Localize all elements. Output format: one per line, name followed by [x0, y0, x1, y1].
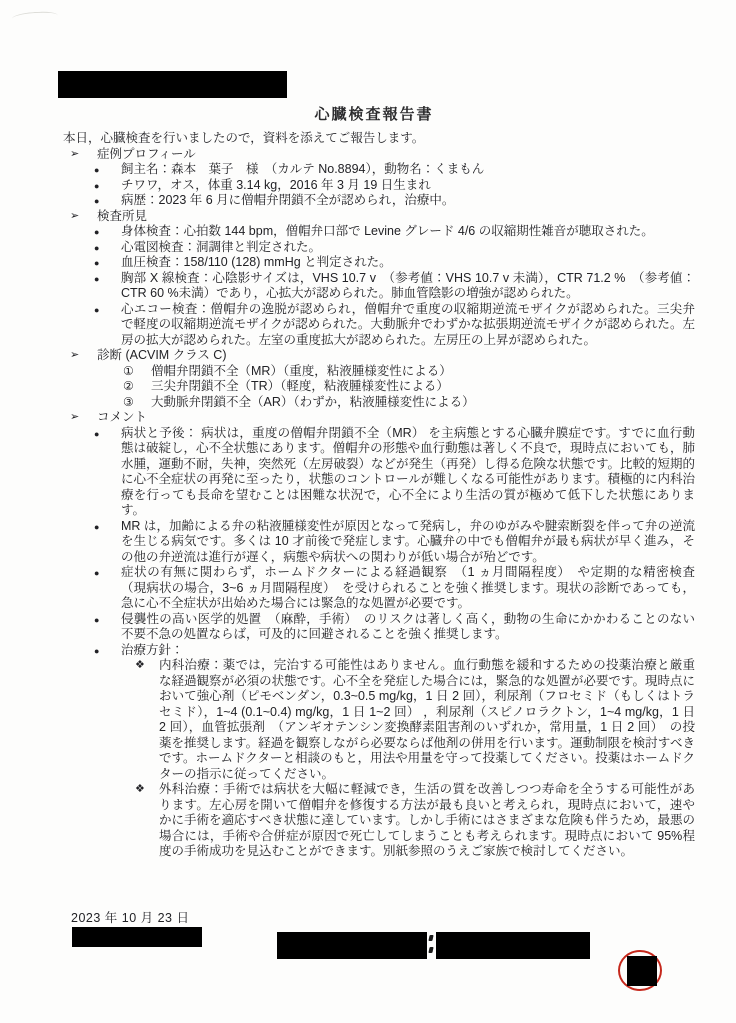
list-item: ●胸部 X 線検査：心陰影サイズは，VHS 10.7 v （参考値：VHS 10… [0, 271, 736, 302]
list-item-text: 身体検査：心拍数 144 bpm，僧帽弁口部で Levine グレード 4/6 … [121, 224, 654, 238]
redaction-box-stamp [627, 956, 657, 986]
list-item-text: 外科治療：手術では病状を大幅に軽減でき，生活の質を改善しつつ寿命を全うする可能性… [159, 782, 695, 858]
list-item: ●MR は，加齢による弁の粘液腫様変性が原因となって発病し，弁のゆがみや腱索断裂… [0, 519, 736, 566]
list-item: ●血圧検査：158/110 (128) mmHg と判定された。 [0, 255, 736, 271]
list-item-text: 胸部 X 線検査：心陰影サイズは，VHS 10.7 v （参考値：VHS 10.… [121, 271, 695, 301]
list-item-text: 検査所見 [97, 209, 147, 223]
list-item: ●心電図検査：洞調律と判定された。 [0, 240, 736, 256]
scan-mark [428, 935, 433, 941]
list-item: ●心エコー検査：僧帽弁の逸脱が認められ，僧帽弁で重度の収縮期逆流モザイクが認めら… [0, 302, 736, 349]
list-item: ●治療方針： [0, 643, 736, 659]
scan-mark [428, 947, 433, 953]
list-marker: ➢ [70, 410, 79, 426]
report-body: 本日，心臓検査を行いましたので，資料を添えてご報告します。 ➢症例プロフィール●… [0, 131, 736, 860]
list-marker: ● [94, 272, 99, 288]
list-item-text: コメント [97, 410, 147, 424]
list-item-text: 内科治療：薬では，完治する可能性はありません。血行動態を緩和するための投薬治療と… [159, 658, 695, 781]
list-item-text: 症例プロフィール [97, 147, 196, 161]
report-outline: ➢症例プロフィール●飼主名：森本 葉子 様 （カルテ No.8894），動物名：… [0, 147, 736, 860]
list-item-text: 三尖弁閉鎖不全（TR）（軽度，粘液腫様変性による） [151, 379, 449, 393]
list-item: ●病歴：2023 年 6 月に僧帽弁閉鎖不全が認められ，治療中。 [0, 193, 736, 209]
list-item-text: MR は，加齢による弁の粘液腫様変性が原因となって発病し，弁のゆがみや腱索断裂を… [121, 519, 695, 564]
list-item-text: 症状の有無に関わらず，ホームドクターによる経過観察 （1 ヵ月間隔程度） や定期… [121, 565, 708, 610]
scan-artifact-squiggle [12, 10, 59, 23]
list-item: ➢検査所見 [0, 209, 736, 225]
list-marker: ● [94, 179, 99, 195]
redaction-box-address-2 [436, 932, 590, 959]
list-item: ➢コメント [0, 410, 736, 426]
list-marker: ● [94, 644, 99, 660]
list-item-text: 心電図検査：洞調律と判定された。 [121, 240, 321, 254]
list-item-text: 大動脈弁閉鎖不全（AR）（わずか，粘液腫様変性による） [151, 395, 475, 409]
list-marker: ● [94, 427, 99, 443]
list-item: ②三尖弁閉鎖不全（TR）（軽度，粘液腫様変性による） [0, 379, 736, 395]
page-title: 心臓検査報告書 [0, 103, 736, 124]
list-marker: ● [94, 520, 99, 536]
list-item-text: 僧帽弁閉鎖不全（MR）（重度，粘液腫様変性による） [151, 364, 452, 378]
list-marker: ● [94, 163, 99, 179]
redaction-box-header [58, 71, 287, 98]
list-item-text: チワワ，オス，体重 3.14 kg，2016 年 3 月 19 日生まれ [121, 178, 431, 192]
list-item: ●侵襲性の高い医学的処置 （麻酔，手術） のリスクは著しく高く，動物の生命にかか… [0, 612, 736, 643]
report-date: 2023 年 10 月 23 日 [71, 908, 189, 926]
list-item: ❖外科治療：手術では病状を大幅に軽減でき，生活の質を改善しつつ寿命を全うする可能… [0, 782, 736, 860]
list-marker: ● [94, 566, 99, 582]
list-item-text: 治療方針： [121, 643, 184, 657]
list-item-text: 血圧検査：158/110 (128) mmHg と判定された。 [121, 255, 392, 269]
list-marker: ● [94, 225, 99, 241]
list-item-text: 飼主名：森本 葉子 様 （カルテ No.8894），動物名：くまもん [121, 162, 484, 176]
list-item: ●症状の有無に関わらず，ホームドクターによる経過観察 （1 ヵ月間隔程度） や定… [0, 565, 736, 612]
list-item-text: 病歴：2023 年 6 月に僧帽弁閉鎖不全が認められ，治療中。 [121, 193, 454, 207]
list-item: ➢診断 (ACVIM クラス C) [0, 348, 736, 364]
list-item-text: 病状と予後： 病状は，重度の僧帽弁閉鎖不全（MR） を主病態とする心臓弁膜症です… [121, 426, 695, 518]
list-marker: ② [123, 379, 134, 395]
redaction-box-clinic [72, 927, 202, 947]
list-item: ●飼主名：森本 葉子 様 （カルテ No.8894），動物名：くまもん [0, 162, 736, 178]
list-item: ●チワワ，オス，体重 3.14 kg，2016 年 3 月 19 日生まれ [0, 178, 736, 194]
redaction-box-address-1 [277, 932, 427, 959]
list-item-text: 侵襲性の高い医学的処置 （麻酔，手術） のリスクは著しく高く，動物の生命にかかわ… [121, 612, 695, 642]
list-marker: ● [94, 194, 99, 210]
list-item: ➢症例プロフィール [0, 147, 736, 163]
list-marker: ➢ [70, 147, 79, 163]
list-marker: ③ [123, 395, 134, 411]
list-marker: ● [94, 303, 99, 319]
list-item: ①僧帽弁閉鎖不全（MR）（重度，粘液腫様変性による） [0, 364, 736, 380]
list-item: ❖内科治療：薬では，完治する可能性はありません。血行動態を緩和するための投薬治療… [0, 658, 736, 782]
list-marker: ❖ [135, 782, 145, 798]
list-item: ③大動脈弁閉鎖不全（AR）（わずか，粘液腫様変性による） [0, 395, 736, 411]
intro-paragraph: 本日，心臓検査を行いましたので，資料を添えてご報告します。 [63, 131, 695, 147]
list-marker: ➢ [70, 348, 79, 364]
list-item-text: 心エコー検査：僧帽弁の逸脱が認められ，僧帽弁で重度の収縮期逆流モザイクが認められ… [121, 302, 695, 347]
list-marker: ● [94, 241, 99, 257]
list-item-text: 診断 (ACVIM クラス C) [97, 348, 226, 362]
list-marker: ● [94, 256, 99, 272]
list-marker: ● [94, 613, 99, 629]
scanned-cardiac-report-page: 心臓検査報告書 本日，心臓検査を行いましたので，資料を添えてご報告します。 ➢症… [0, 0, 736, 1023]
list-marker: ❖ [135, 658, 145, 674]
list-marker: ① [123, 364, 134, 380]
list-item: ●身体検査：心拍数 144 bpm，僧帽弁口部で Levine グレード 4/6… [0, 224, 736, 240]
list-marker: ➢ [70, 209, 79, 225]
list-item: ●病状と予後： 病状は，重度の僧帽弁閉鎖不全（MR） を主病態とする心臓弁膜症で… [0, 426, 736, 519]
